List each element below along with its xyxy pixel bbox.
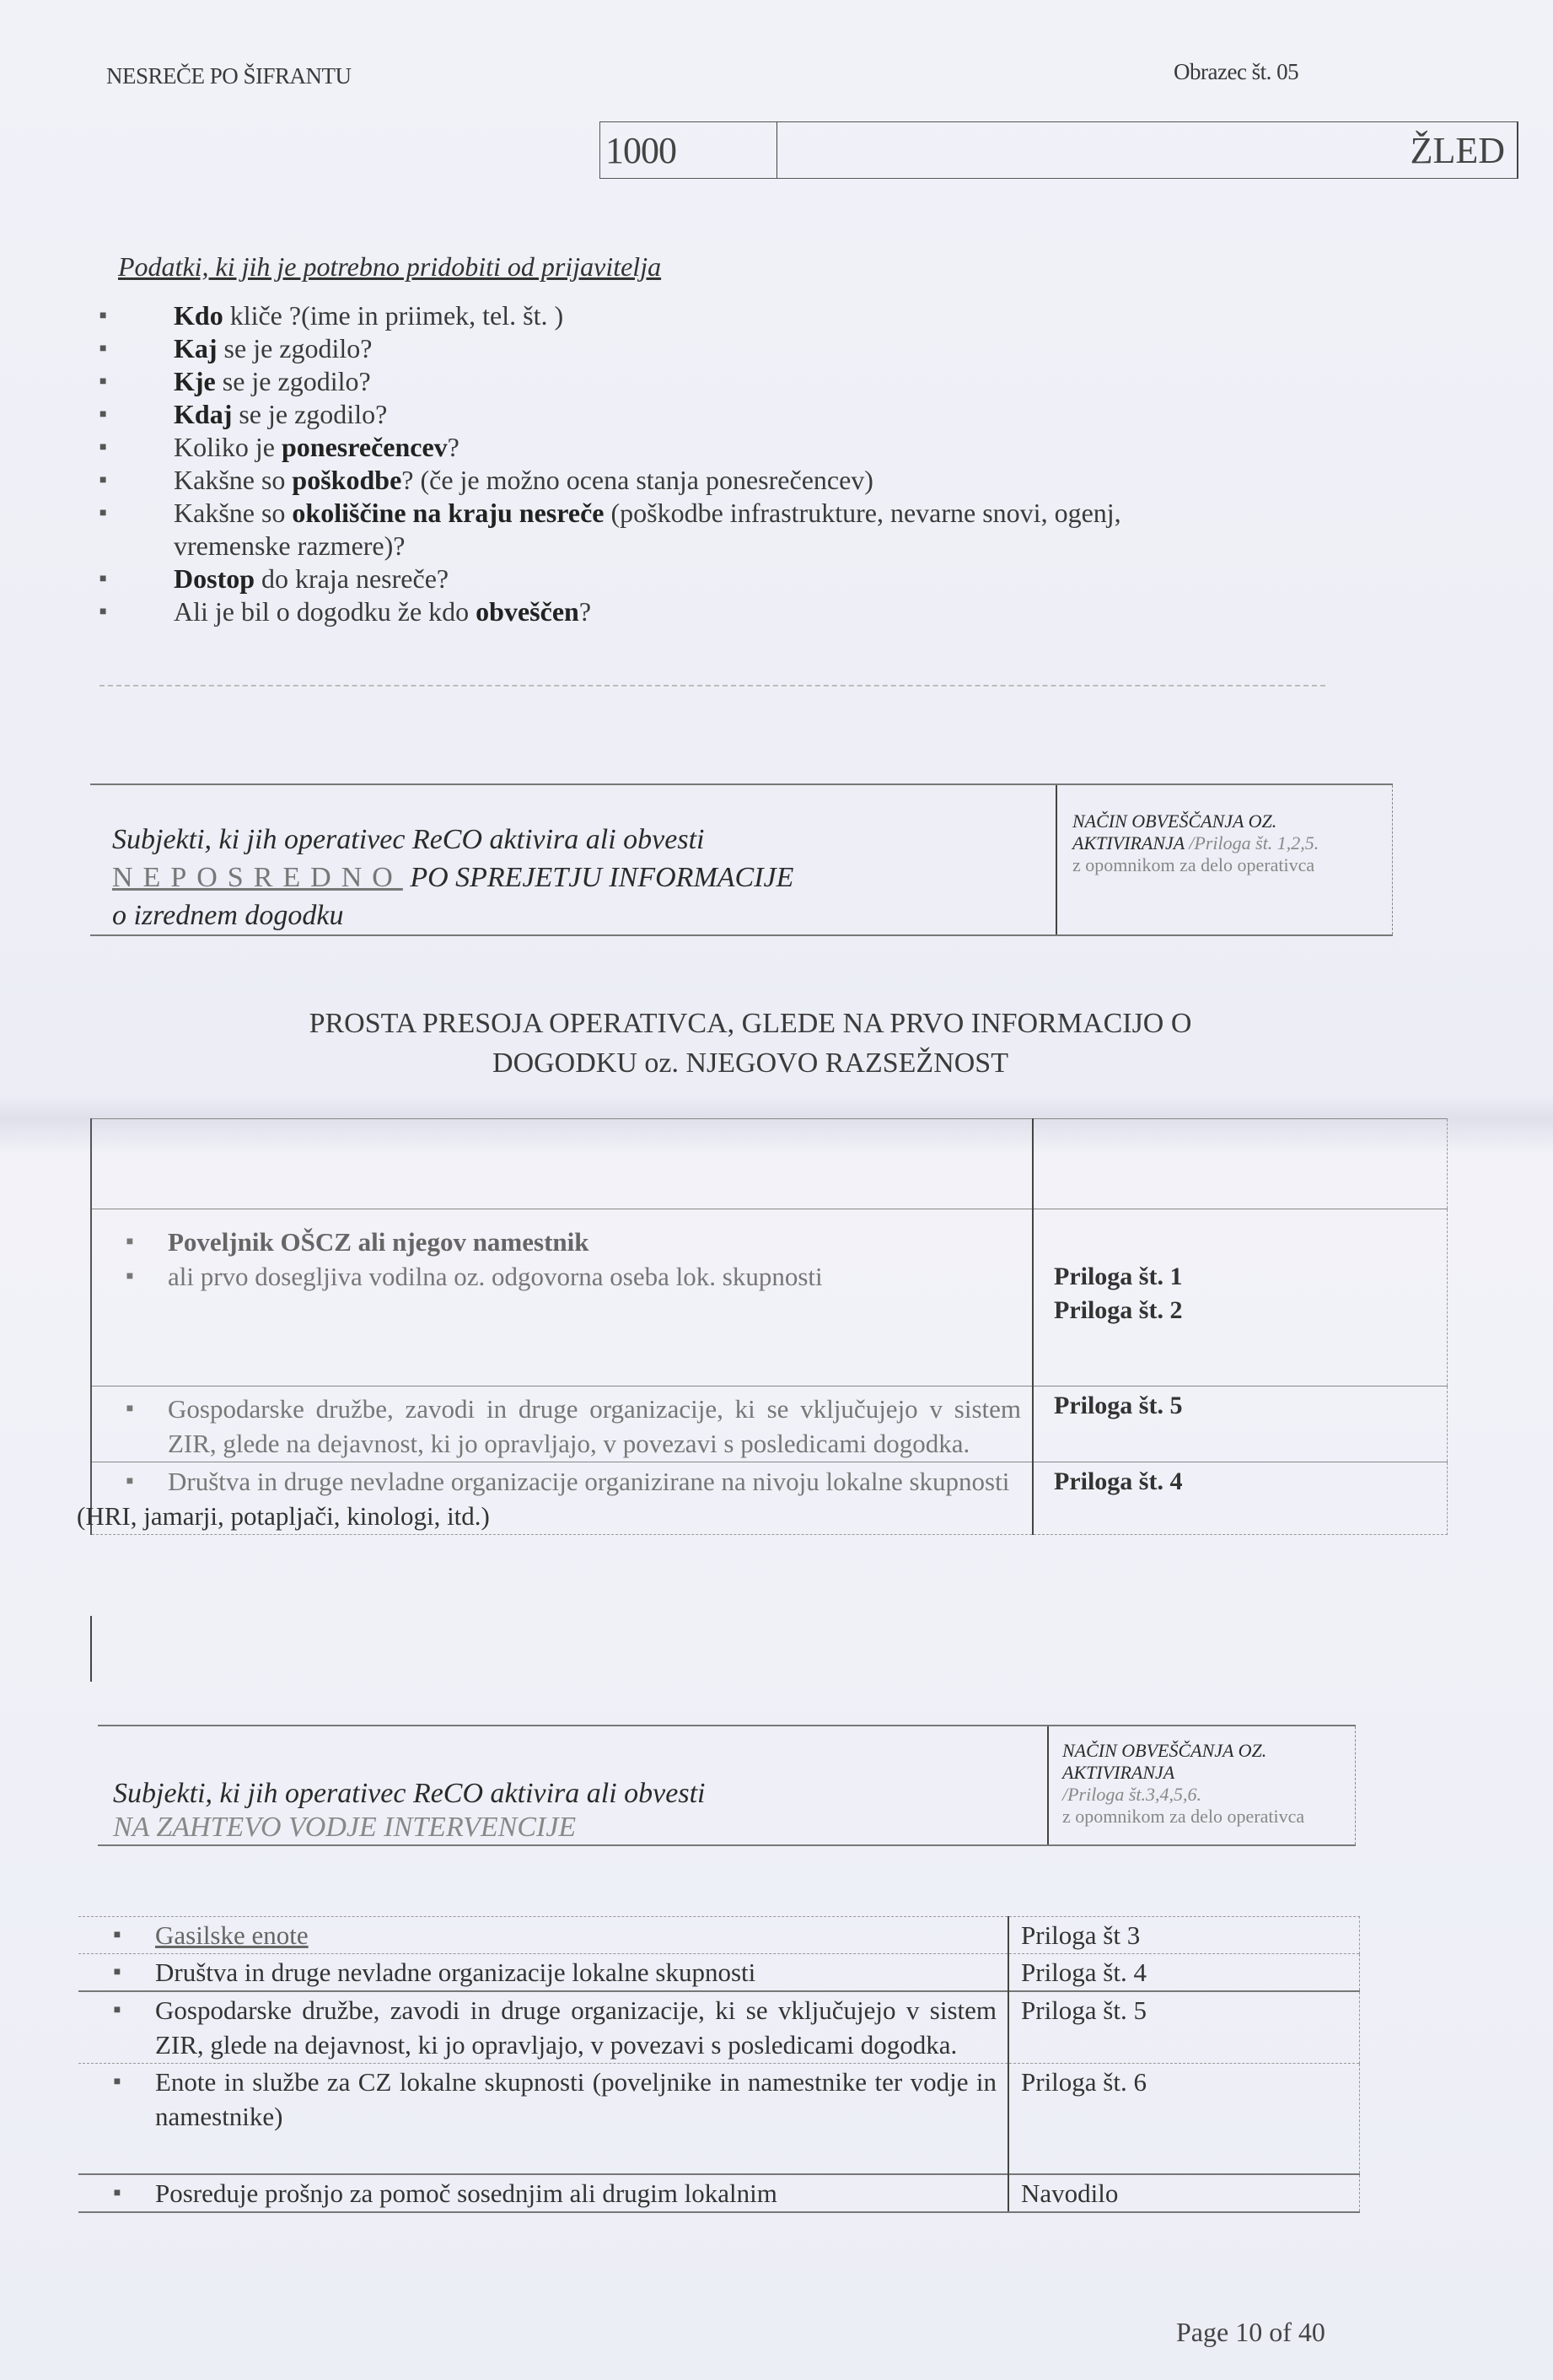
text: Priloga št. 2 [1054, 1294, 1446, 1327]
text: NA ZAHTEVO VODJE INTERVENCIJE [113, 1811, 1047, 1844]
question-item: ■Kdo kliče ?(ime in priimek, tel. št. ) [99, 299, 1364, 332]
divider [90, 1616, 92, 1682]
text: ? [448, 432, 459, 462]
text: PROSTA PRESOJA OPERATIVCA, GLEDE NA PRVO… [101, 1004, 1400, 1043]
text: Društva in druge nevladne organizacije o… [168, 1464, 1031, 1499]
text: Posreduje prošnjo za pomoč sosednjim ali… [155, 2176, 1007, 2210]
assessment-heading: PROSTA PRESOJA OPERATIVCA, GLEDE NA PRVO… [101, 1004, 1400, 1083]
bullet-icon: ■ [99, 563, 174, 595]
document-category: NESREČE PO ŠIFRANTU [106, 63, 352, 89]
text: Priloga št. 4 [1054, 1467, 1446, 1496]
immediate-section-title: Subjekti, ki jih operativec ReCO aktivir… [90, 784, 1056, 935]
immediately-label: NEPOSREDNO [112, 862, 403, 893]
form-number: Obrazec št. 05 [1174, 59, 1298, 85]
question-item: ■Kje se je zgodilo? [99, 365, 1364, 398]
text: ? (če je možno ocena stanja ponesrečence… [401, 465, 873, 495]
text: do kraja nesreče? [255, 563, 449, 594]
incident-code: 1000 [600, 122, 777, 178]
text: Priloga št. 5 [1054, 1392, 1446, 1420]
text: Koliko je [174, 432, 282, 462]
request-subjects-table: ■Gasilske enote Priloga št 3 ■Društva in… [78, 1916, 1360, 2213]
bullet-icon: ■ [99, 464, 174, 497]
text: NAČIN OBVEŠČANJA OZ. AKTIVIRANJA [1062, 1740, 1355, 1784]
caller-data-title: Podatki, ki jih je potrebno pridobiti od… [118, 251, 661, 283]
question-item: ■Kakšne so okoliščine na kraju nesreče (… [99, 497, 1364, 530]
text: okoliščine na kraju nesreče [292, 498, 604, 528]
text: Gospodarske družbe, zavodi in druge orga… [168, 1392, 1031, 1461]
text: PO SPREJETJU INFORMACIJE [403, 862, 794, 893]
bullet-icon: ■ [99, 365, 174, 398]
caller-question-list: ■Kdo kliče ?(ime in priimek, tel. št. ) … [99, 299, 1364, 628]
text: Kje [174, 366, 216, 396]
text: obveščen [476, 596, 579, 627]
text: poškodbe [292, 465, 401, 495]
question-item: ■Ali je bil o dogodku že kdo obveščen? [99, 595, 1364, 628]
table-row: ■Enote in službe za CZ lokalne skupnosti… [78, 2064, 1360, 2175]
text: (poškodbe infrastrukture, nevarne snovi,… [604, 498, 1120, 528]
text: Kdo [174, 300, 223, 331]
bullet-icon: ■ [92, 1392, 168, 1461]
table-row: ■Gospodarske družbe, zavodi in druge org… [91, 1387, 1448, 1462]
table-row: ■Posreduje prošnjo za pomoč sosednjim al… [78, 2174, 1360, 2212]
bullet-icon: ■ [99, 299, 174, 332]
text: kliče ?(ime in priimek, tel. št. ) [223, 300, 563, 331]
table-row: ■Poveljnik OŠCZ ali njegov namestnik ■al… [91, 1209, 1448, 1387]
text: Kaj [174, 333, 218, 363]
question-item: ■Dostop do kraja nesreče? [99, 563, 1364, 595]
question-item: ■Koliko je ponesrečencev? [99, 431, 1364, 464]
text: ponesrečencev [282, 432, 448, 462]
text: z opomnikom za delo operativca [1062, 1806, 1355, 1828]
bullet-icon: ■ [92, 1259, 168, 1294]
text: Poveljnik OŠCZ ali njegov namestnik [168, 1227, 589, 1257]
bullet-icon: ■ [92, 1464, 168, 1499]
immediate-subjects-table: ■Poveljnik OŠCZ ali njegov namestnik ■al… [90, 1118, 1448, 1535]
text: Dostop [174, 563, 255, 594]
text: /Priloga št. 1,2,5. [1185, 832, 1319, 853]
text: Navodilo [1008, 2174, 1360, 2212]
text: Kakšne so [174, 498, 292, 528]
bullet-icon: ■ [79, 1918, 155, 1952]
bullet-icon: ■ [79, 1993, 155, 2062]
bullet-icon: ■ [99, 497, 174, 530]
divider [99, 685, 1325, 687]
text: Enote in službe za CZ lokalne skupnosti … [155, 2065, 1007, 2134]
text: se je zgodilo? [232, 399, 387, 429]
bullet-icon: ■ [99, 398, 174, 431]
bullet-icon: ■ [79, 2065, 155, 2134]
text: Kakšne so [174, 465, 292, 495]
bullet-icon: ■ [79, 2176, 155, 2210]
text: Priloga št 3 [1008, 1917, 1360, 1954]
bullet-icon: ■ [99, 332, 174, 365]
text: (HRI, jamarji, potapljači, kinologi, itd… [77, 1499, 1031, 1533]
question-item: ■Kaj se je zgodilo? [99, 332, 1364, 365]
code-box: 1000 ŽLED [599, 121, 1518, 179]
text: DOGODKU oz. NJEGOVO RAZSEŽNOST [101, 1043, 1400, 1083]
question-item: ■Kakšne so poškodbe? (če je možno ocena … [99, 464, 1364, 497]
notification-method: NAČIN OBVEŠČANJA OZ. AKTIVIRANJA /Prilog… [1056, 784, 1393, 935]
notification-method: NAČIN OBVEŠČANJA OZ. AKTIVIRANJA /Prilog… [1048, 1726, 1356, 1845]
bullet-icon: ■ [99, 431, 174, 464]
text: Gasilske enote [155, 1918, 1007, 1952]
text: Društva in druge nevladne organizacije l… [155, 1955, 1007, 1990]
immediate-section-header: Subjekti, ki jih operativec ReCO aktivir… [90, 783, 1393, 936]
text: se je zgodilo? [218, 333, 373, 363]
table-row: ■Gasilske enote Priloga št 3 [78, 1917, 1360, 1954]
text: Kdaj [174, 399, 232, 429]
text: ali prvo dosegljiva vodilna oz. odgovorn… [168, 1259, 1031, 1294]
text: se je zgodilo? [216, 366, 371, 396]
table-row: ■Društva in druge nevladne organizacije … [91, 1462, 1448, 1535]
text: Priloga št. 5 [1008, 1991, 1360, 2064]
bullet-icon: ■ [92, 1225, 168, 1259]
request-section-header: Subjekti, ki jih operativec ReCO aktivir… [98, 1725, 1356, 1846]
text: /Priloga št.3,4,5,6. [1062, 1784, 1355, 1806]
text: z opomnikom za delo operativca [1072, 854, 1392, 876]
page-number: Page 10 of 40 [1176, 2317, 1325, 2348]
request-section-title: Subjekti, ki jih operativec ReCO aktivir… [98, 1726, 1048, 1845]
text: Subjekti, ki jih operativec ReCO aktivir… [113, 1777, 1047, 1811]
bullet-icon: ■ [99, 595, 174, 628]
bullet-icon: ■ [79, 1955, 155, 1990]
table-row: ■Gospodarske družbe, zavodi in druge org… [78, 1991, 1360, 2064]
text: Gospodarske družbe, zavodi in druge orga… [155, 1993, 1007, 2062]
text: Priloga št. 6 [1008, 2064, 1360, 2175]
text: ? [579, 596, 591, 627]
text: Ali je bil o dogodku že kdo [174, 596, 476, 627]
text: Priloga št. 4 [1008, 1954, 1360, 1992]
text: o izrednem dogodku [112, 897, 1056, 934]
question-continuation: vremenske razmere)? [99, 530, 1364, 563]
table-row: ■Društva in druge nevladne organizacije … [78, 1954, 1360, 1992]
incident-name: ŽLED [777, 122, 1517, 178]
text: Subjekti, ki jih operativec ReCO aktivir… [112, 821, 1056, 859]
question-item: ■Kdaj se je zgodilo? [99, 398, 1364, 431]
text: Priloga št. 1 [1054, 1260, 1446, 1294]
